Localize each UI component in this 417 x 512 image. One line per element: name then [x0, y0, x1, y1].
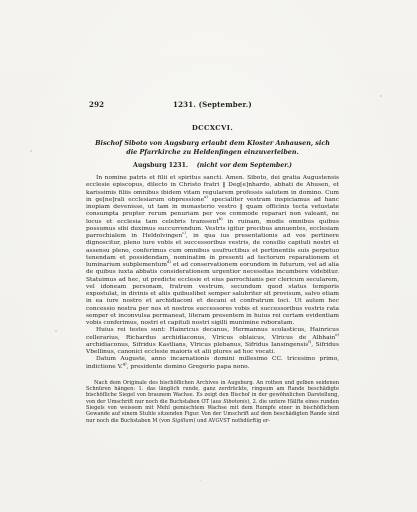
charter-body: In nomine patris et filii et spiritus sa…: [86, 175, 339, 371]
dateline-note: (nicht vor dem September.): [197, 162, 292, 169]
running-head-row: 292 1231. (September.): [86, 100, 339, 111]
charter-number: DCCXCVI.: [86, 124, 339, 132]
source-footnote: Nach dem Originale des bischöflichen Arc…: [86, 380, 339, 424]
charter-title: Bischof Siboto von Augsburg erlaubt dem …: [86, 139, 339, 157]
running-head: 1231. (September.): [86, 100, 339, 109]
charter-dateline: Augsburg 1231. (nicht vor dem September.…: [86, 162, 339, 169]
datum-paragraph: Datum Auguste, anno incarnationis domini…: [86, 356, 339, 371]
source-footnote-text: Nach dem Originale des bischöflichen Arc…: [86, 380, 339, 424]
scan-speckle: [200, 480, 201, 481]
scanned-book-page: 292 1231. (September.) DCCXCVI. Bischof …: [0, 0, 417, 512]
page-number: 292: [89, 100, 104, 109]
scan-speckle: [370, 300, 371, 301]
witness-list-paragraph: Huius rei testes sunt: Hainricus decanus…: [86, 327, 339, 356]
dateline-place-year: Augsburg 1231.: [133, 162, 188, 169]
scan-speckle: [30, 150, 32, 152]
scan-speckle: [380, 95, 382, 97]
charter-text-paragraph: In nomine patris et filii et spiritus sa…: [86, 175, 339, 327]
text-block: 292 1231. (September.) DCCXCVI. Bischof …: [86, 100, 339, 424]
scan-speckle: [55, 330, 57, 332]
